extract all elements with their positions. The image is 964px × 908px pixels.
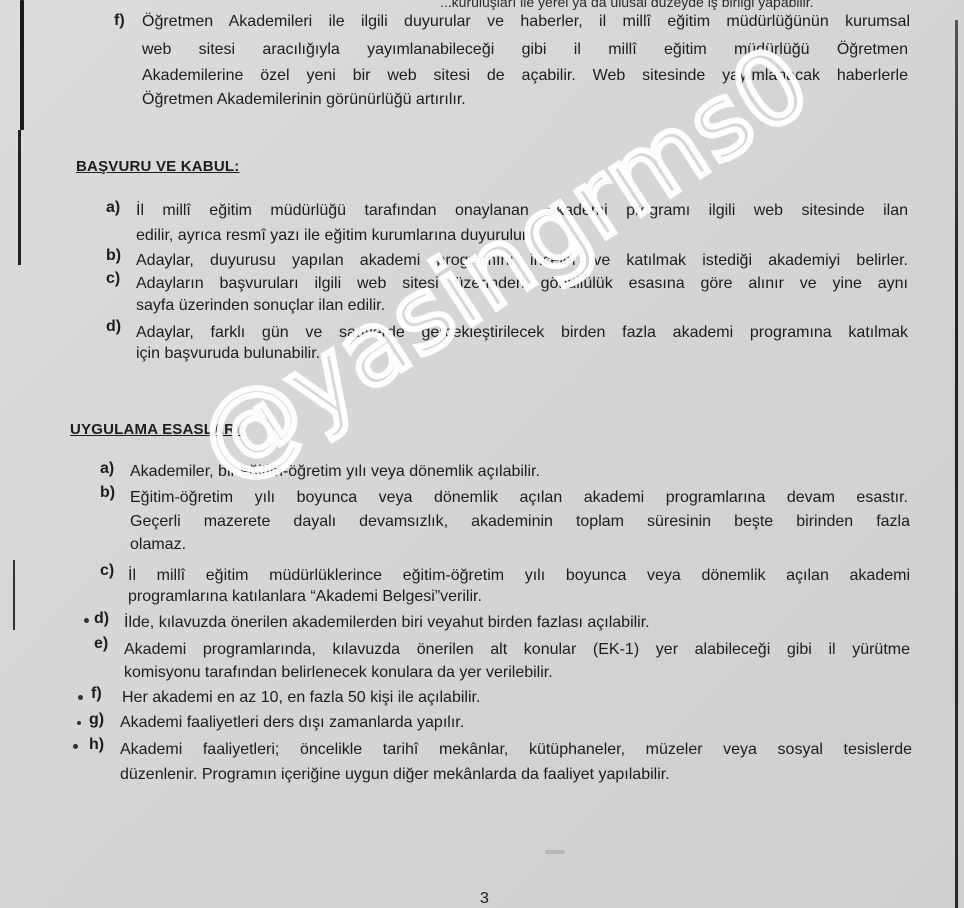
paragraph-line: Akademi faaliyetleri; öncelikle tarihî m… [120,740,912,760]
paragraph-line: Geçerli mazerete dayalı devamsızlık, aka… [130,512,910,532]
partial-top-line: ...kuruluşları ile yerel ya da ulusal dü… [440,0,814,12]
paragraph-line: edilir, ayrıca resmî yazı ile eğitim kur… [136,226,531,246]
paragraph-line: Akademi faaliyetleri ders dışı zamanlard… [120,713,464,733]
paragraph-line: Akademi programlarında, kılavuzda öneril… [124,640,910,660]
item-marker: b) [106,247,121,265]
item-marker: g) [89,711,104,729]
paragraph-line: programlarına katılanlara “Akademi Belge… [128,587,482,607]
paragraph-line: sayfa üzerinden sonuçlar ilan edilir. [136,296,385,316]
item-marker: d) [94,610,109,628]
paragraph-line: Akademiler, bir eğitim-öğretim yılı veya… [130,462,540,482]
paragraph-line: Her akademi en az 10, en fazla 50 kişi i… [122,688,480,708]
paragraph-line: için başvuruda bulunabilir. [136,344,320,364]
item-marker: f) [91,685,102,703]
item-marker: a) [100,460,114,478]
bullet-dot [78,695,83,700]
paragraph-line: komisyonu tarafından belirlenecek konula… [124,663,553,683]
item-marker: c) [100,562,114,580]
item-marker: b) [100,484,115,502]
item-marker: h) [89,736,104,754]
section-heading: BAŞVURU VE KABUL: [76,158,239,175]
paragraph-line: İl millî eğitim müdürlüklerince eğitim-ö… [128,566,910,586]
item-marker: d) [106,318,121,336]
paragraph-line: web sitesi aracılığıyla yayımlanabileceğ… [142,40,908,60]
item-marker: c) [106,270,120,288]
paragraph-line: Öğretmen Akademileri ile ilgili duyurula… [142,12,910,32]
bullet-dot [73,744,78,749]
item-marker: f) [114,12,125,30]
paragraph-line: Adaylar, duyurusu yapılan akademi progra… [136,251,908,271]
paragraph-line: düzenlenir. Programın içeriğine uygun di… [120,765,670,785]
document-page: ...kuruluşları ile yerel ya da ulusal dü… [0,0,964,908]
paragraph-line: Adayların başvuruları ilgili web sitesi … [136,274,908,294]
page-number: 3 [480,890,489,908]
section-heading: UYGULAMA ESASLARI: [70,421,245,438]
paragraph-line: Akademilerine özel yeni bir web sitesi d… [142,66,908,86]
bullet-dot [84,618,89,623]
item-marker: e) [94,635,108,653]
paragraph-line: İlde, kılavuzda önerilen akademilerden b… [124,613,650,633]
paragraph-line: olamaz. [130,535,186,555]
paragraph-line: Eğitim-öğretim yılı boyunca veya dönemli… [130,488,908,508]
paragraph-line: İl millî eğitim müdürlüğü tarafından ona… [136,201,908,221]
item-marker: a) [106,199,120,217]
paragraph-line: Adaylar, farklı gün ve saatlerde gerçekl… [136,323,908,343]
paper-smudge [545,850,565,854]
paragraph-line: Öğretmen Akademilerinin görünürlüğü artı… [142,90,466,110]
bullet-dot [77,721,81,725]
